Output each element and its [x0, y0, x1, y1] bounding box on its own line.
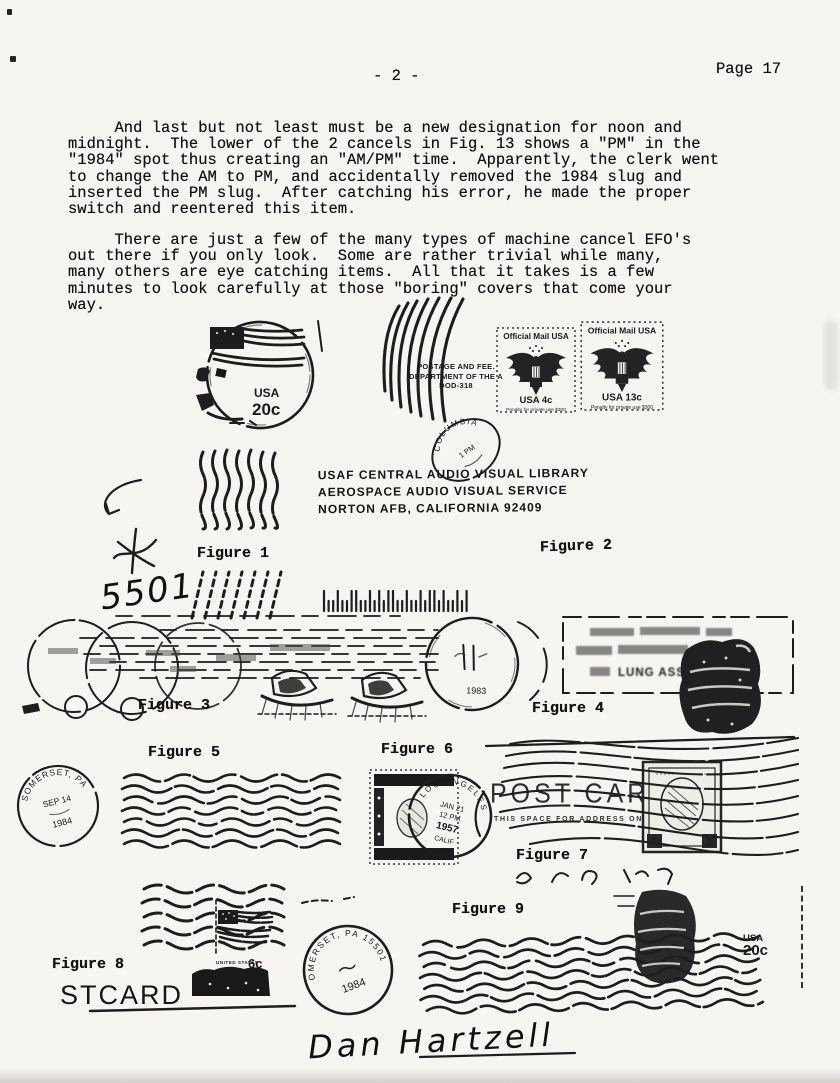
- somerset-year-text: 1984: [51, 815, 73, 830]
- official-mail-penalty: Penalty for private use $300: [591, 405, 653, 411]
- postcard-underline: [60, 1003, 310, 1015]
- flag20-value-text: 20c: [743, 942, 768, 959]
- figure5-wavy-cancel-lines: [120, 770, 360, 856]
- figure9-label: Figure 9: [452, 901, 524, 918]
- figure1-label: Figure 1: [197, 545, 269, 562]
- paragraph-2: There are just a few of the many types o…: [68, 232, 691, 313]
- figure2-curved-cancel-lines: [383, 297, 475, 423]
- handwritten-star-mark: [108, 526, 163, 576]
- somerset-date-text: SEP 14: [42, 793, 73, 810]
- figure1-flag-stamp-cancel: USA 20c: [190, 311, 340, 433]
- figure4-dark-stamp: [674, 632, 768, 740]
- figure6-label: Figure 6: [381, 741, 453, 758]
- figure8-label: Figure 8: [52, 956, 124, 973]
- figure9-wavy-cancel-lines: [417, 927, 799, 1021]
- paragraph-1: And last but not least must be a new des…: [68, 120, 719, 217]
- la-state-text: CALIF: [433, 835, 454, 847]
- fig4-year-text: 1983: [466, 685, 486, 696]
- somerset2-year-text: 1984: [340, 976, 367, 996]
- columbia-postmark: COLUMBIA 1 PM: [426, 417, 506, 483]
- page-label: Page 17: [716, 61, 781, 77]
- scan-smudge: [824, 320, 838, 390]
- somerset-15501-postmark: SOMERSET, PA 15501 1984: [296, 922, 400, 1018]
- stamp-country-text: USA: [254, 386, 280, 400]
- figure5-label: Figure 5: [148, 744, 220, 761]
- sled-stamp: [348, 673, 426, 722]
- handwritten-squiggle-mark: [93, 474, 148, 524]
- flag20-bottom-denomination: USA 20c: [743, 933, 768, 959]
- official-mail-4c-stamp: Official Mail USA USA 4c Penalty for pri…: [495, 326, 577, 414]
- figure4-label: Figure 4: [532, 700, 604, 717]
- figure4-circular-postmark: 1983: [422, 614, 547, 718]
- scan-speck: [7, 9, 12, 15]
- official-mail-title: Official Mail USA: [503, 332, 569, 341]
- partial-circle-cancel-fragment: [460, 790, 486, 838]
- wheel-icon: [65, 696, 87, 718]
- stamp-perforation-line: [801, 886, 803, 988]
- figure9-dark-flag-stamp: [612, 886, 722, 990]
- figure2-label: Figure 2: [540, 537, 613, 557]
- stamp-value-text: 20c: [252, 400, 280, 419]
- somerset-sep-postmark: SOMERSET, PA SEP 14 1984: [14, 760, 102, 852]
- signature-underline: [420, 1050, 580, 1060]
- official-mail-13c-stamp: Official Mail USA USA 13c Penalty for pr…: [579, 320, 665, 412]
- figure1-wavy-cancel-lines: [197, 450, 282, 540]
- columbia-time-text: 1 PM: [457, 443, 477, 460]
- figure3-label: Figure 3: [138, 697, 210, 714]
- scan-edge-shadow: [0, 1068, 840, 1083]
- scanned-document-page: - 2 - Page 17 And last but not least mus…: [0, 0, 840, 1083]
- scan-speck: [10, 56, 16, 62]
- figure3-overlapping-cancels: [20, 610, 440, 722]
- official-mail-title: Official Mail USA: [588, 326, 657, 336]
- official-mail-penalty: Penalty for private use $300: [506, 407, 566, 413]
- figure8-flag-6c-stamp: UNITED STATES 6c: [182, 898, 277, 998]
- page-number-center: - 2 -: [373, 68, 420, 84]
- address-line3: NORTON AFB, CALIFORNIA 92409: [318, 499, 598, 518]
- stray-dash-marks: [300, 893, 370, 907]
- svg-text:SOMERSET, PA 15501: SOMERSET, PA 15501: [277, 903, 390, 994]
- official-mail-denomination: USA 13c: [602, 393, 642, 404]
- somerset2-town-text: SOMERSET, PA 15501: [277, 903, 390, 994]
- official-mail-denomination: USA 4c: [520, 395, 553, 406]
- address-line2: AEROSPACE AUDIO VISUAL SERVICE: [318, 482, 598, 501]
